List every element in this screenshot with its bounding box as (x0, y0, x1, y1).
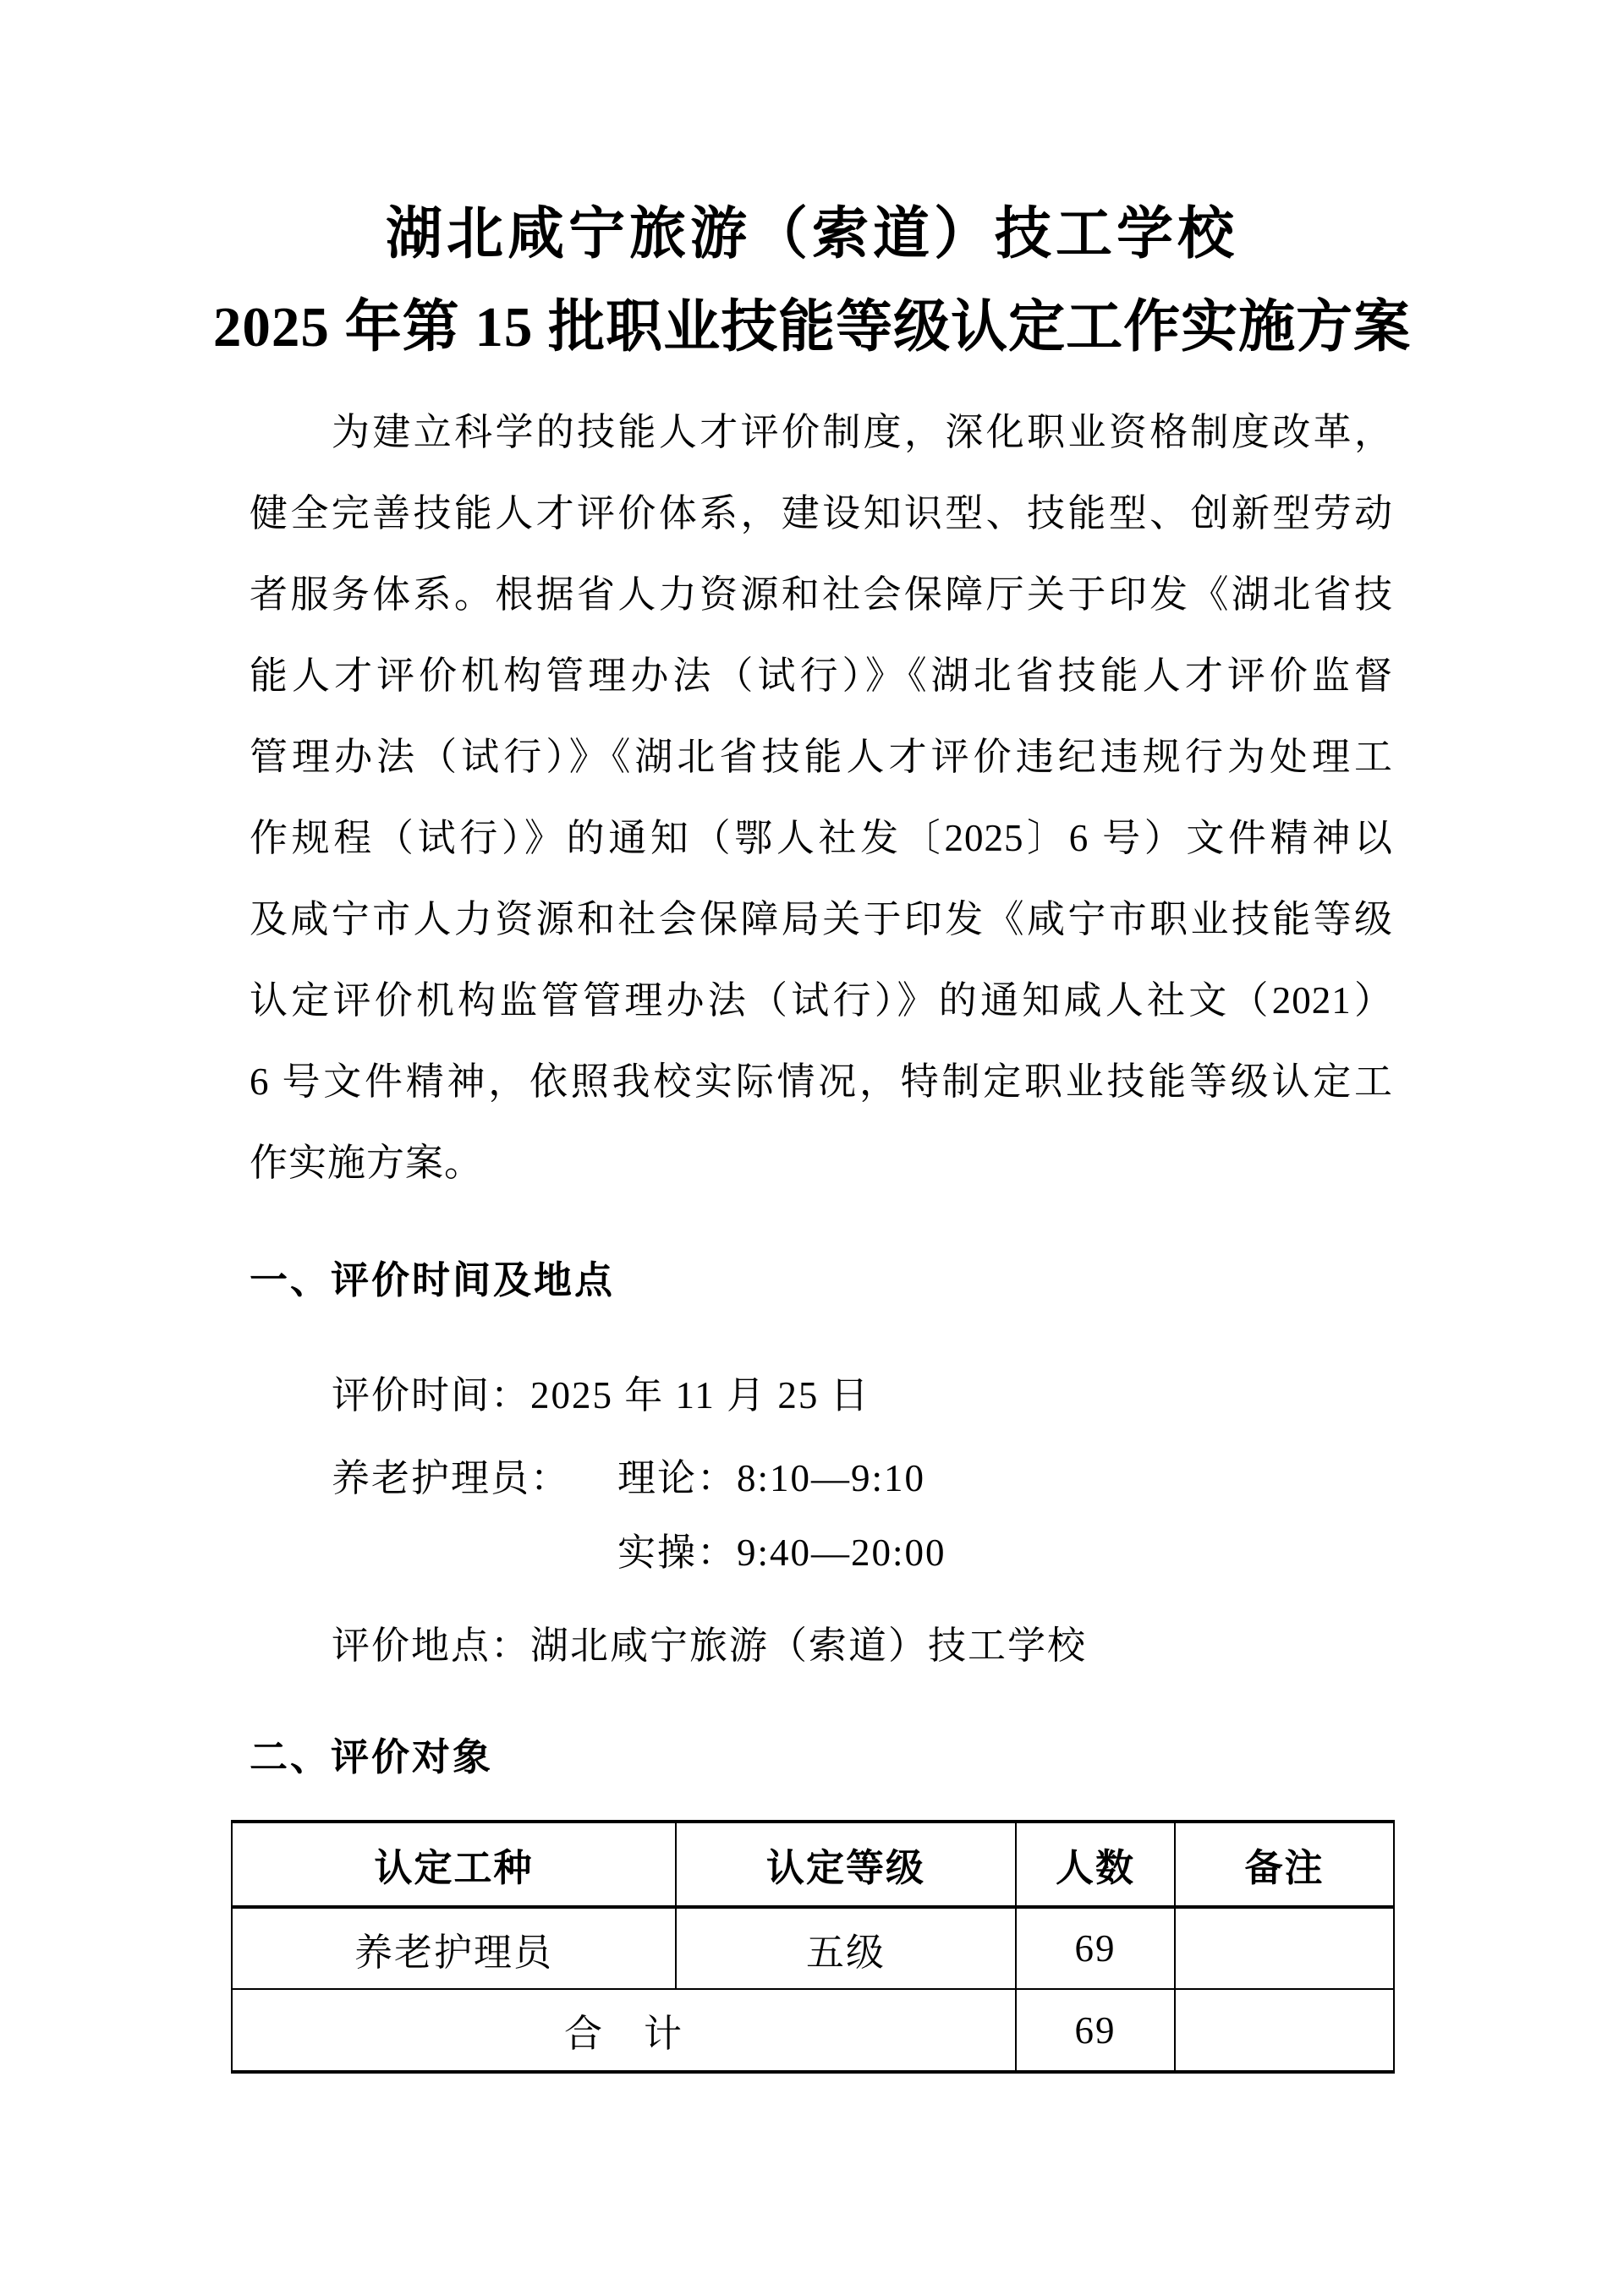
intro-paragraph-line: 者服务体系。根据省人力资源和社会保障厅关于印发《湖北省技 (250, 554, 1393, 635)
document-page: 湖北咸宁旅游（索道）技工学校 2025 年第 15 批职业技能等级认定工作实施方… (0, 0, 1624, 2296)
table-header-row: 认定工种 认定等级 人数 备注 (232, 1822, 1394, 1907)
cell-total-label: 合 计 (232, 1989, 1016, 2072)
intro-paragraph-line: 管理办法（试行）》《湖北省技能人才评价违纪违规行为处理工 (250, 716, 1393, 797)
section1-heading: 一、评价时间及地点 (250, 1259, 615, 1301)
header-level: 认定等级 (676, 1822, 1016, 1907)
evaluation-location-line: 评价地点：湖北咸宁旅游（索道）技工学校 (332, 1625, 1087, 1666)
intro-paragraph: 为建立科学的技能人才评价制度，深化职业资格制度改革， 健全完善技能人才评价体系，… (250, 392, 1393, 1203)
theory-time: 理论：8:10—9:10 (617, 1458, 925, 1499)
cell-total-count: 69 (1016, 1989, 1175, 2072)
intro-paragraph-line: 及咸宁市人力资源和社会保障局关于印发《咸宁市职业技能等级 (250, 879, 1393, 960)
header-job-type: 认定工种 (232, 1822, 676, 1907)
section2-heading: 二、评价对象 (250, 1736, 493, 1778)
intro-paragraph-line: 认定评价机构监管管理办法（试行）》的通知咸人社文（2021） (250, 960, 1393, 1041)
intro-paragraph-line: 健全完善技能人才评价体系，建设知识型、技能型、创新型劳动 (250, 473, 1393, 554)
intro-paragraph-line: 为建立科学的技能人才评价制度，深化职业资格制度改革， (250, 392, 1393, 473)
worker-label: 养老护理员： (332, 1458, 570, 1499)
document-title-line2: 2025 年第 15 批职业技能等级认定工作实施方案 (0, 294, 1624, 360)
cell-level: 五级 (676, 1907, 1016, 1989)
cell-note (1175, 1907, 1394, 1989)
header-count: 人数 (1016, 1822, 1175, 1907)
evaluation-targets-table: 认定工种 认定等级 人数 备注 养老护理员 五级 69 合 计 69 (231, 1820, 1395, 2074)
intro-paragraph-line: 6 号文件精神，依照我校实际情况，特制定职业技能等级认定工 (250, 1041, 1393, 1122)
header-note: 备注 (1175, 1822, 1394, 1907)
document-title-line1: 湖北咸宁旅游（索道）技工学校 (0, 201, 1624, 267)
table-row: 养老护理员 五级 69 (232, 1907, 1394, 1989)
practice-time: 实操：9:40—20:00 (617, 1532, 946, 1573)
intro-paragraph-line: 作规程（试行）》的通知（鄂人社发〔2025〕6 号）文件精神以 (250, 797, 1393, 879)
table-total-row: 合 计 69 (232, 1989, 1394, 2072)
intro-paragraph-line: 作实施方案。 (250, 1122, 1393, 1203)
evaluation-time-line: 评价时间：2025 年 11 月 25 日 (332, 1375, 870, 1416)
cell-total-note (1175, 1989, 1394, 2072)
cell-job-type: 养老护理员 (232, 1907, 676, 1989)
intro-paragraph-line: 能人才评价机构管理办法（试行）》《湖北省技能人才评价监督 (250, 635, 1393, 716)
cell-count: 69 (1016, 1907, 1175, 1989)
